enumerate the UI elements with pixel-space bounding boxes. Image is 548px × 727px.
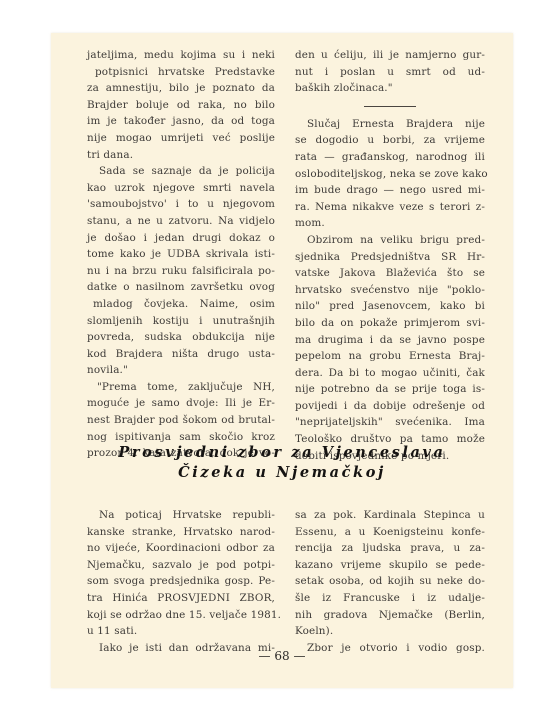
text-line: je došao i jedan drugi dokaz o bbox=[87, 230, 275, 247]
text-line: Na poticaj Hrvatske republi- bbox=[87, 507, 275, 524]
text-line: dera. Da bi to mogao učiniti, čak bbox=[295, 365, 485, 382]
text-line: nut i poslan u smrt od ud- bbox=[295, 64, 485, 81]
text-line: potpisnici hrvatske Predstavke bbox=[87, 64, 275, 81]
text-line: tri dana. bbox=[87, 147, 275, 164]
text-line: nilo" pred Jasenovcem, kako bi bbox=[295, 298, 485, 315]
text-line: hrvatsko svećenstvo nije "poklo- bbox=[295, 282, 485, 299]
bottom-left-column: Na poticaj Hrvatske republi- kanske stra… bbox=[87, 507, 275, 656]
text-line: mom. bbox=[295, 215, 485, 232]
text-line: povreda, sudska obdukcija nije bbox=[87, 329, 275, 346]
text-line: Brajder boluje od raka, no bilo bbox=[87, 97, 275, 114]
text-line: "neprijateljskih" svećenika. Ima bbox=[295, 414, 485, 431]
text-line: tra Hinića PROSVJEDNI ZBOR, bbox=[87, 590, 275, 607]
text-line: povijedi i da dobije odrešenje od bbox=[295, 398, 485, 415]
text-line: kod Brajdera ništa drugo usta- bbox=[87, 346, 275, 363]
page-number: — 68 — bbox=[51, 649, 513, 663]
text-line: ra. Nema nikakve veze s terori z- bbox=[295, 199, 485, 216]
text-line: ma drugima i da se javno pospe bbox=[295, 332, 485, 349]
text-line: sjednika Predsjedništva SR Hr- bbox=[295, 249, 485, 266]
text-line: novila." bbox=[87, 362, 275, 379]
text-line: tome kako je UDBA skrivala isti- bbox=[87, 246, 275, 263]
text-line: Essenu, a u Koenigsteinu konfe- bbox=[295, 524, 485, 541]
section-divider bbox=[364, 106, 416, 107]
text-line: im je također jasno, da od toga bbox=[87, 113, 275, 130]
text-line: osloboditeljskog, neka se zove kako bbox=[295, 166, 485, 183]
article-title-line-2: Čizeka u Njemačkoj bbox=[51, 463, 513, 483]
article-title-line-1: Prosvjedni zbor za Vjenceslava bbox=[51, 443, 513, 463]
top-left-column: jateljima, medu kojima su i neki potpisn… bbox=[87, 47, 275, 462]
text-line: "Prema tome, zaključuje NH, bbox=[87, 379, 275, 396]
text-line: sa za pok. Kardinala Stepinca u bbox=[295, 507, 485, 524]
text-line: stanu, a ne u zatvoru. Na vidjelo bbox=[87, 213, 275, 230]
text-line: u 11 sati. bbox=[87, 623, 275, 640]
text-line: rencija za ljudska prava, u za- bbox=[295, 540, 485, 557]
text-line: Obzirom na veliku brigu pred- bbox=[295, 232, 485, 249]
text-line: bilo da on pokaže primjerom svi- bbox=[295, 315, 485, 332]
text-line: rata — građanskog, narodnog ili bbox=[295, 149, 485, 166]
text-line: im bude drago — nego usred mi- bbox=[295, 182, 485, 199]
bottom-right-column: sa za pok. Kardinala Stepinca u Essenu, … bbox=[295, 507, 485, 656]
text-line: za amnestiju, bilo je poznato da bbox=[87, 80, 275, 97]
text-line: moguće je samo dvoje: Ili je Er- bbox=[87, 395, 275, 412]
text-line: šle iz Francuske i iz udalje- bbox=[295, 590, 485, 607]
text-line: den u ćeliju, ili je namjerno gur- bbox=[295, 47, 485, 64]
text-line: Njemačku, sazvalo je pod potpi- bbox=[87, 557, 275, 574]
article-title: Prosvjedni zbor za Vjenceslava Čizeka u … bbox=[51, 443, 513, 483]
text-line: setak osoba, od kojih su neke do- bbox=[295, 573, 485, 590]
text-line: datke o nasilnom završetku ovog bbox=[87, 279, 275, 296]
text-line: pepelom na grobu Ernesta Braj- bbox=[295, 348, 485, 365]
text-line: koji se održao dne 15. veljače 1981. bbox=[87, 607, 275, 624]
text-line: nije mogao umrijeti već poslije bbox=[87, 130, 275, 147]
text-line: nije potrebno da se prije toga is- bbox=[295, 381, 485, 398]
text-line: nu i na brzu ruku falsificirala po- bbox=[87, 263, 275, 280]
text-line: se dogodio u borbi, za vrijeme bbox=[295, 132, 485, 149]
text-line: 'samoubojstvo' i to u njegovom bbox=[87, 196, 275, 213]
text-line: baških zločinaca." bbox=[295, 80, 485, 97]
text-line: Koeln). bbox=[295, 623, 485, 640]
text-line: mladog čovjeka. Naime, osim bbox=[87, 296, 275, 313]
text-line: Sada se saznaje da je policija bbox=[87, 163, 275, 180]
text-line: kanske stranke, Hrvatsko narod- bbox=[87, 524, 275, 541]
text-line: vatske Jakova Blaževića što se bbox=[295, 265, 485, 282]
text-line: nih gradova Njemačke (Berlin, bbox=[295, 607, 485, 624]
text-line: slomljenih kostiju i unutrašnjih bbox=[87, 313, 275, 330]
top-right-column: den u ćeliju, ili je namjerno gur- nut i… bbox=[295, 47, 485, 464]
text-line: kazano vrijeme skupilo se pede- bbox=[295, 557, 485, 574]
text-line: som svoga predsjednika gosp. Pe- bbox=[87, 573, 275, 590]
text-line: kao uzrok njegove smrti navela bbox=[87, 180, 275, 197]
text-line: Slučaj Ernesta Brajdera nije bbox=[295, 116, 485, 133]
text-line: no vijeće, Koordinacioni odbor za bbox=[87, 540, 275, 557]
text-line: nest Brajder pod šokom od brutal- bbox=[87, 412, 275, 429]
text-line: jateljima, medu kojima su i neki bbox=[87, 47, 275, 64]
